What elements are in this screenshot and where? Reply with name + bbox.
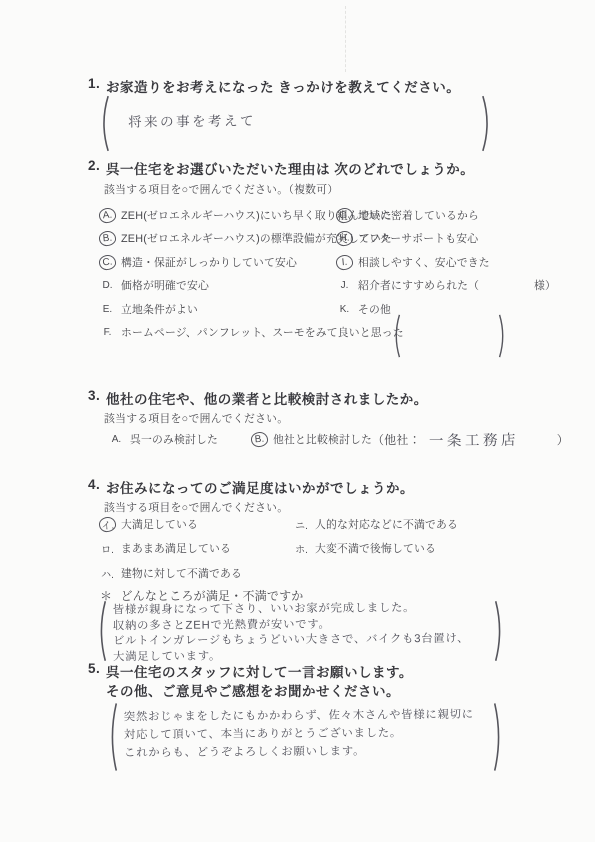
q2-option-g: G. 地域に密着しているから <box>336 207 556 223</box>
q2-option-e-text: 立地条件がよい <box>121 302 198 317</box>
q2-option-i-text: 相談しやすく、安心できた <box>358 255 490 270</box>
q1-number: 1. <box>88 76 100 91</box>
q4-options-left: イ. 大満足している ロ. まあまあ満足している ハ. 建物に対して不満である <box>99 516 242 589</box>
q4-option-ho-text: 大変不満で後悔している <box>315 541 436 556</box>
q2-option-h-text: アフターサポートも安心 <box>358 231 478 246</box>
q5-title-line2: その他、ご意見やご感想をお聞かせください。 <box>106 680 400 700</box>
q4-answer-bracket-left <box>95 600 107 662</box>
q3-subtitle: 該当する項目を○で囲んでください。 <box>104 411 288 426</box>
q3-other-company-prefix: （他社： <box>372 431 421 448</box>
scan-fold-artifact <box>345 6 346 72</box>
q2-option-b-letter: B. <box>98 230 116 246</box>
q4-option-ho: ホ. 大変不満で後悔している <box>293 541 458 557</box>
q2-option-g-letter: G. <box>335 207 353 223</box>
q1-handwritten-answer: 将来の事を考えて <box>128 109 256 130</box>
q3-title: 他社の住宅や、他の業者と比較検討されましたか。 <box>106 388 428 408</box>
q5-number: 5. <box>88 661 100 676</box>
q4-option-i-letter: イ. <box>98 516 116 532</box>
q4-title: お住みになってのご満足度はいかがでしょうか。 <box>106 477 414 497</box>
q2-title: 呉一住宅をお選びいただいた理由は 次のどれでしょうか。 <box>106 158 474 178</box>
q4-options-right: ニ. 人的な対応などに不満である ホ. 大変不満で後悔している <box>293 516 458 564</box>
q4-option-ho-letter: ホ. <box>293 541 310 556</box>
q4-option-i: イ. 大満足している <box>99 516 242 532</box>
q1-answer-bracket-left <box>97 95 110 152</box>
q5-answer-bracket-right <box>493 702 505 772</box>
q5-title-line1: 呉一住宅のスタッフに対して一言お願いします。 <box>106 661 413 681</box>
q2-option-g-text: 地域に密着しているから <box>358 208 479 223</box>
q4-option-ni-letter: ニ. <box>293 517 310 532</box>
q2-option-d-text: 価格が明確で安心 <box>121 278 209 293</box>
q3-other-company-handwritten: 一条工務店 <box>429 428 557 450</box>
q4-subtitle: 該当する項目を○で囲んでください。 <box>104 500 288 515</box>
q4-option-ha: ハ. 建物に対して不満である <box>99 565 242 581</box>
q2-option-k-text: その他 <box>358 302 391 317</box>
q2-option-i: I. 相談しやすく、安心できた <box>336 254 556 270</box>
q5-handwritten-answer: 突然おじゃまをしたにもかかわらず、佐々木さんや皆様に親切に 対応して頂いて、本当… <box>124 706 474 762</box>
q2-option-h-letter: H. <box>335 230 353 246</box>
q3-option-a-letter: A. <box>108 432 125 447</box>
q2-option-j: J. 紹介者にすすめられた（ 様） <box>336 278 556 294</box>
q1-answer-bracket-right <box>481 95 494 152</box>
q2-other-bracket-right <box>498 314 509 358</box>
q4-option-ro-text: まあまあ満足している <box>121 541 231 556</box>
q2-option-f: F. ホームページ、パンフレット、スーモをみて良いと思った <box>99 325 404 341</box>
q4-option-ha-text: 建物に対して不満である <box>121 566 242 581</box>
q2-number: 2. <box>88 158 100 173</box>
q2-option-k: K. その他 <box>336 301 556 317</box>
q2-option-i-letter: I. <box>335 254 353 270</box>
q4-handwritten-answer: 皆様が親身になって下さり、いいお家が完成しました。 収納の多さとZEHで光熱費が… <box>113 601 470 665</box>
q4-option-ro: ロ. まあまあ満足している <box>99 541 242 557</box>
q1-title: お家造りをお考えになった きっかけを教えてください。 <box>106 76 460 96</box>
q2-option-a-letter: A. <box>98 207 116 223</box>
q4-option-ni: ニ. 人的な対応などに不満である <box>293 516 458 532</box>
q4-option-ro-letter: ロ. <box>99 541 116 556</box>
q2-option-c-text: 構造・保証がしっかりしていて安心 <box>121 255 297 270</box>
q2-option-k-letter: K. <box>336 302 353 317</box>
q2-option-f-text: ホームページ、パンフレット、スーモをみて良いと思った <box>121 325 404 340</box>
q2-option-e-letter: E. <box>99 302 116 317</box>
q4-option-ni-text: 人的な対応などに不満である <box>315 517 458 532</box>
q4-option-i-text: 大満足している <box>121 517 198 532</box>
q2-option-f-letter: F. <box>99 325 116 340</box>
q3-option-b-text: 他社と比較検討した <box>273 432 372 447</box>
q5-answer-bracket-left <box>106 702 118 772</box>
q3-option-b: B. 他社と比較検討した （他社： 一条工務店 ） <box>251 431 569 447</box>
q3-option-a: A. 呉一のみ検討した <box>108 431 218 447</box>
q4-number: 4. <box>88 477 100 492</box>
q3-option-a-text: 呉一のみ検討した <box>130 432 218 447</box>
q3-other-company-suffix: ） <box>557 431 569 448</box>
q2-option-c-letter: C. <box>98 254 116 270</box>
q2-option-h: H. アフターサポートも安心 <box>336 231 556 247</box>
q2-subtitle: 該当する項目を○で囲んでください。（複数可） <box>104 182 338 197</box>
q4-note-text: どんなところが満足・不満ですか <box>120 589 303 603</box>
q3-number: 3. <box>88 388 100 403</box>
q4-answer-bracket-right <box>494 600 506 662</box>
q2-option-j-text: 紹介者にすすめられた（ 様） <box>358 278 556 293</box>
scanned-survey-page: 1. お家造りをお考えになった きっかけを教えてください。 将来の事を考えて 2… <box>0 0 595 842</box>
q2-option-d-letter: D. <box>99 278 116 293</box>
q5-answer-line-3: これからも、どうぞよろしくお願いします。 <box>124 742 474 762</box>
q4-option-ha-letter: ハ. <box>99 566 116 581</box>
q2-options-right: G. 地域に密着しているから H. アフターサポートも安心 I. 相談しやすく、… <box>336 207 556 325</box>
q2-other-bracket-left <box>390 314 401 358</box>
q3-option-b-letter: B. <box>250 431 268 447</box>
q2-option-j-letter: J. <box>336 278 353 293</box>
